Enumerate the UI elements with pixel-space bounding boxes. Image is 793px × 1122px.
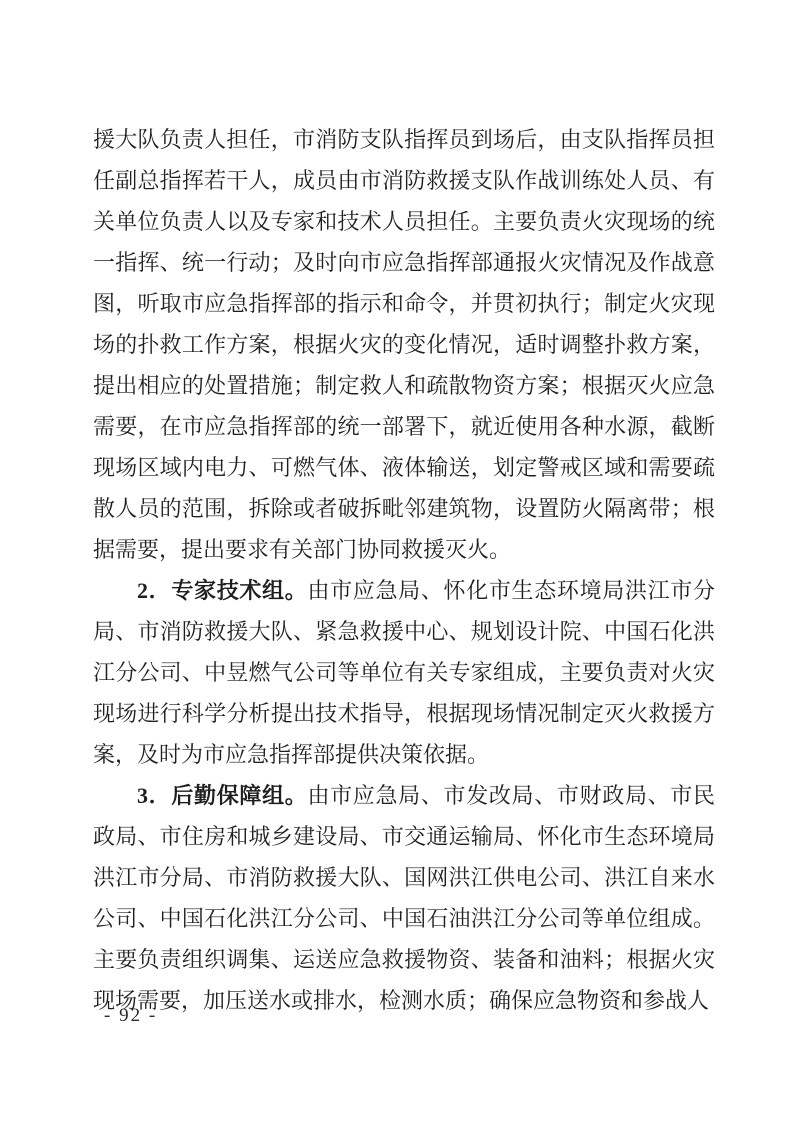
section-heading-expert-technical-group: 2．专家技术组。	[137, 578, 307, 603]
section-heading-logistics-support-group: 3．后勤保障组。	[137, 783, 307, 808]
paragraph-text: 由市应急局、市发改局、市财政局、市民政局、市住房和城乡建设局、市交通运输局、怀化…	[93, 783, 715, 1013]
page-number: - 92 -	[104, 1004, 157, 1028]
paragraph-expert-technical-group: 2．专家技术组。由市应急局、怀化市生态环境局洪江市分局、市消防救援大队、紧急救援…	[93, 570, 715, 775]
document-page: 援大队负责人担任，市消防支队指挥员到场后，由支队指挥员担任副总指挥若干人，成员由…	[0, 0, 793, 1122]
paragraph-text: 由市应急局、怀化市生态环境局洪江市分局、市消防救援大队、紧急救援中心、规划设计院…	[93, 578, 715, 767]
paragraph-text: 援大队负责人担任，市消防支队指挥员到场后，由支队指挥员担任副总指挥若干人，成员由…	[93, 127, 715, 562]
paragraph-continuation: 援大队负责人担任，市消防支队指挥员到场后，由支队指挥员担任副总指挥若干人，成员由…	[93, 119, 715, 570]
document-body: 援大队负责人担任，市消防支队指挥员到场后，由支队指挥员担任副总指挥若干人，成员由…	[93, 119, 715, 1021]
paragraph-logistics-support-group: 3．后勤保障组。由市应急局、市发改局、市财政局、市民政局、市住房和城乡建设局、市…	[93, 775, 715, 1021]
